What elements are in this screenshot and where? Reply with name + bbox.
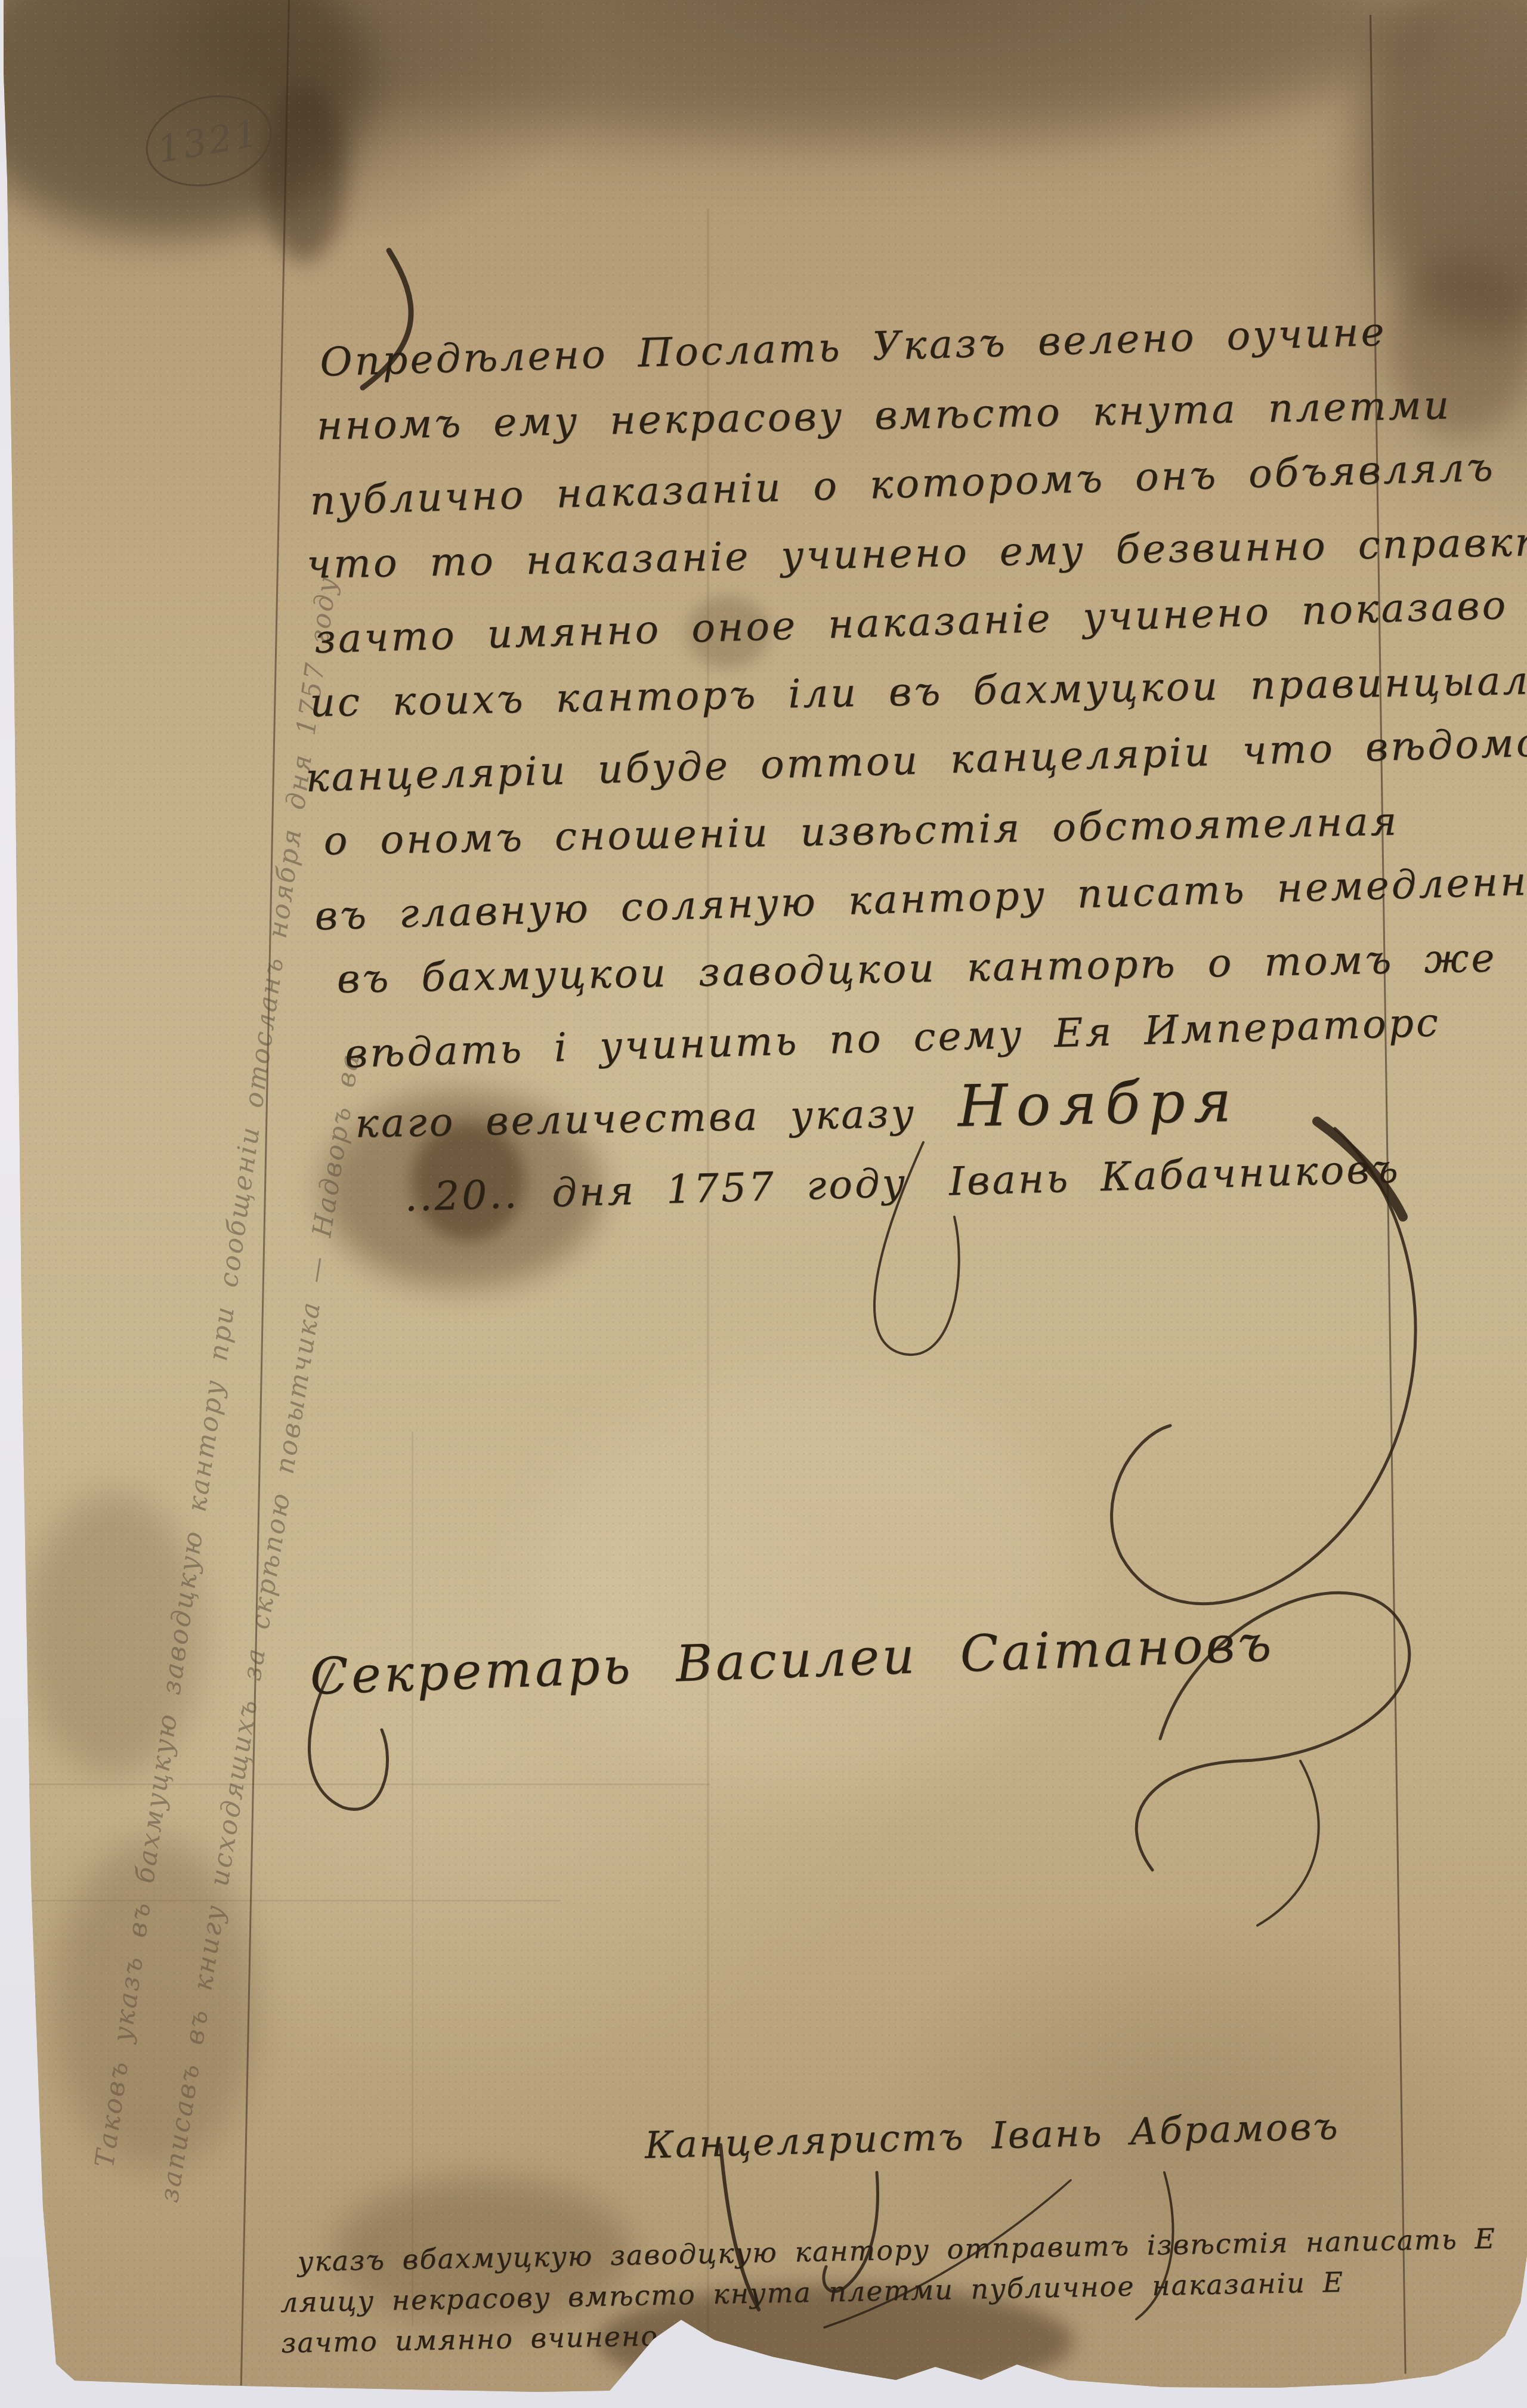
paper-stain-near-stamp: [262, 84, 346, 262]
paper-stain-top-strip: [179, 0, 1432, 143]
manuscript-page: 1321 Таковъ указъ въ бахмуцкую заводцкую…: [0, 0, 1527, 2408]
flourish-secretary-tail: [1257, 1761, 1319, 1925]
paper-highlight-center: [537, 1372, 1074, 1789]
archival-number-stamp: 1321: [136, 82, 281, 199]
main-text-block: Опредѣлено Послать Указъ велено оучине н…: [301, 300, 1434, 1231]
fold-crease-vertical-left: [412, 1432, 413, 2326]
secretary-signature: Секретарь Василеи Саітановъ: [309, 1614, 1265, 1706]
day-number: ..20..: [404, 1171, 520, 1220]
fold-crease-horizontal-2: [24, 1900, 561, 1902]
photo-backdrop: 1321 Таковъ указъ въ бахмуцкую заводцкую…: [0, 0, 1527, 2408]
bottom-annotation: указъ вбахмуцкую заводцкую кантору отпра…: [279, 2220, 1415, 2363]
official-name: Івань Кабачниковъ: [948, 1146, 1401, 1205]
paper-stain-top-right: [1360, 0, 1527, 334]
date-text: дня 1757 году: [551, 1160, 908, 1216]
line12-text: каго величества указу: [355, 1090, 917, 1146]
clerk-signature: Канцеляристъ Івань Абрамовъ: [644, 2102, 1421, 2167]
stamp-number: 1321: [154, 110, 264, 171]
month-word: Ноября: [957, 1068, 1241, 1140]
fold-crease-horizontal-1: [24, 1783, 710, 1785]
